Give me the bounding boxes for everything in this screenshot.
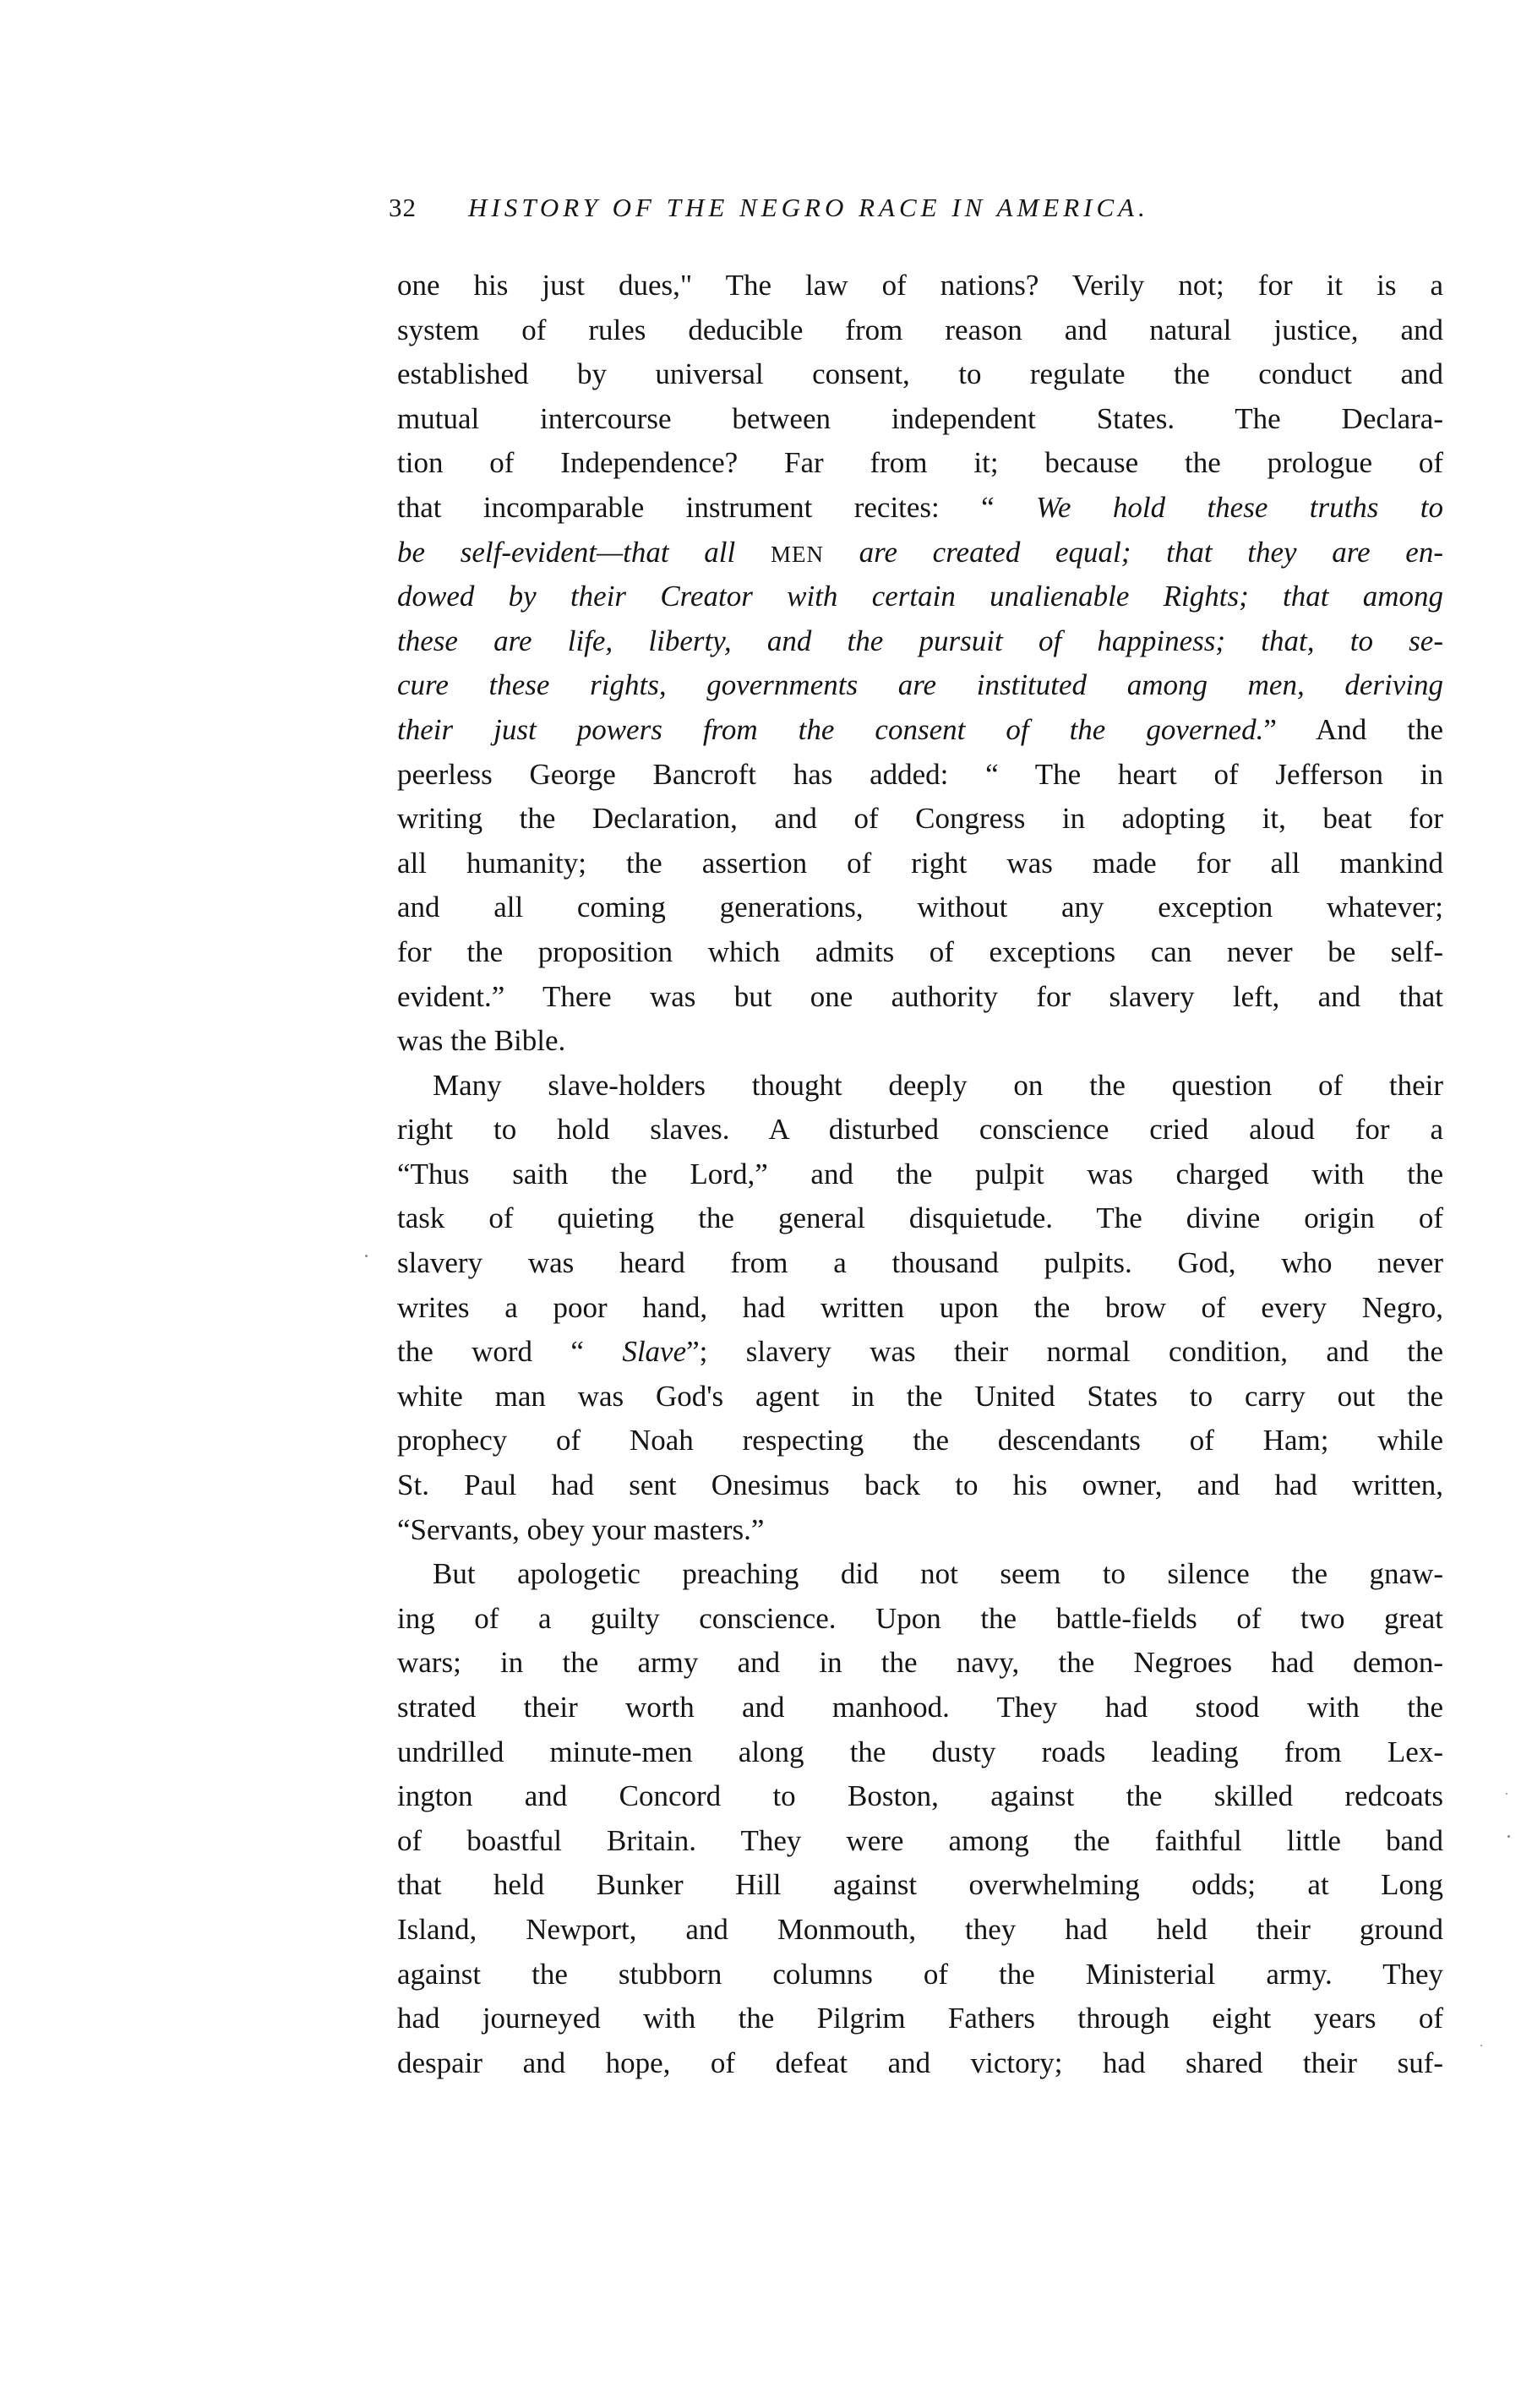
text-segment: “Thus saith the Lord,” and the pulpit wa… (397, 1158, 1443, 1190)
text-segment: But apologetic preaching did not seem to… (433, 1557, 1443, 1590)
book-page: 32 HISTORY OF THE NEGRO RACE IN AMERICA.… (397, 186, 1443, 2085)
text-segment: Island, Newport, and Monmouth, they had … (397, 1913, 1443, 1946)
scan-speck (1507, 1835, 1510, 1838)
text-line: undrilled minute-men along the dusty roa… (397, 1730, 1443, 1775)
text-line: strated their worth and manhood. They ha… (397, 1686, 1443, 1730)
text-line: against the stubborn columns of the Mini… (397, 1953, 1443, 1997)
text-segment: wars; in the army and in the navy, the N… (397, 1646, 1443, 1679)
text-segment: was the Bible. (397, 1024, 565, 1057)
text-segment: ington and Concord to Boston, against th… (397, 1779, 1443, 1812)
text-segment: one his just dues," The law of nations? … (397, 269, 1443, 302)
text-segment: St. Paul had sent Onesimus back to his o… (397, 1468, 1443, 1501)
italic-text: these are life, liberty, and the pursuit… (397, 624, 1443, 657)
text-line: the word “ Slave”; slavery was their nor… (397, 1330, 1443, 1375)
text-line: had journeyed with the Pilgrim Fathers t… (397, 1997, 1443, 2041)
italic-text: be self-evident—that all (397, 536, 771, 569)
text-segment: right to hold slaves. A disturbed consci… (397, 1113, 1443, 1146)
text-line: that held Bunker Hill against overwhelmi… (397, 1863, 1443, 1908)
running-head: 32 HISTORY OF THE NEGRO RACE IN AMERICA. (397, 186, 1443, 230)
text-segment: that held Bunker Hill against overwhelmi… (397, 1868, 1443, 1901)
text-line: evident.” There was but one authority fo… (397, 975, 1443, 1020)
text-line: of boastful Britain. They were among the… (397, 1819, 1443, 1864)
text-line: and all coming generations, without any … (397, 885, 1443, 930)
text-line: ing of a guilty conscience. Upon the bat… (397, 1597, 1443, 1642)
text-segment: undrilled minute-men along the dusty roa… (397, 1735, 1443, 1768)
italic-text: cure these rights, governments are insti… (397, 668, 1443, 701)
text-line: writing the Declaration, and of Congress… (397, 797, 1443, 842)
text-segment: “Servants, obey your masters.” (397, 1513, 764, 1546)
text-segment: that incomparable instrument recites: “ (397, 491, 1036, 524)
text-line: prophecy of Noah respecting the descenda… (397, 1419, 1443, 1463)
text-segment: system of rules deducible from reason an… (397, 313, 1443, 346)
text-line: Island, Newport, and Monmouth, they had … (397, 1908, 1443, 1953)
page-number: 32 (389, 186, 417, 230)
text-segment: despair and hope, of defeat and victory;… (397, 2046, 1443, 2079)
text-line: be self-evident—that all MEN are created… (397, 531, 1443, 575)
text-line: writes a poor hand, had written upon the… (397, 1286, 1443, 1331)
text-line: dowed by their Creator with certain unal… (397, 575, 1443, 619)
text-line: that incomparable instrument recites: “ … (397, 486, 1443, 531)
scan-speck (1506, 1793, 1507, 1795)
italic-text: dowed by their Creator with certain unal… (397, 580, 1443, 613)
text-line: “Thus saith the Lord,” and the pulpit wa… (397, 1152, 1443, 1197)
text-line: system of rules deducible from reason an… (397, 308, 1443, 353)
text-segment: ”; slavery was their normal condition, a… (686, 1335, 1443, 1368)
small-caps-text: MEN (771, 542, 824, 567)
text-segment: prophecy of Noah respecting the descenda… (397, 1424, 1443, 1457)
text-segment: had journeyed with the Pilgrim Fathers t… (397, 2002, 1443, 2035)
text-line: “Servants, obey your masters.” (397, 1508, 1443, 1553)
text-line: wars; in the army and in the navy, the N… (397, 1641, 1443, 1686)
text-line: tion of Independence? Far from it; becau… (397, 441, 1443, 486)
italic-text: Slave (622, 1335, 686, 1368)
text-segment: Many slave-holders thought deeply on the… (433, 1069, 1443, 1102)
text-segment: strated their worth and manhood. They ha… (397, 1691, 1443, 1724)
text-line: white man was God's agent in the United … (397, 1375, 1443, 1419)
text-line: mutual intercourse between independent S… (397, 397, 1443, 442)
text-line: was the Bible. (397, 1019, 1443, 1064)
text-line: ington and Concord to Boston, against th… (397, 1774, 1443, 1819)
text-line: right to hold slaves. A disturbed consci… (397, 1108, 1443, 1152)
text-line: peerless George Bancroft has added: “ Th… (397, 753, 1443, 798)
body-text: one his just dues," The law of nations? … (397, 264, 1443, 2085)
text-segment: all humanity; the assertion of right was… (397, 847, 1443, 880)
text-line: their just powers from the consent of th… (397, 708, 1443, 753)
italic-text: We hold these truths to (1036, 491, 1443, 524)
scan-speck (1480, 2045, 1482, 2046)
text-line: Many slave-holders thought deeply on the… (397, 1064, 1443, 1109)
text-segment: task of quieting the general disquietude… (397, 1201, 1443, 1234)
text-segment: slavery was heard from a thousand pulpit… (397, 1246, 1443, 1279)
text-segment: mutual intercourse between independent S… (397, 402, 1443, 435)
running-title: HISTORY OF THE NEGRO RACE IN AMERICA. (468, 186, 1149, 230)
text-segment: white man was God's agent in the United … (397, 1380, 1443, 1413)
text-segment: the word “ (397, 1335, 622, 1368)
text-segment: peerless George Bancroft has added: “ Th… (397, 758, 1443, 791)
text-line: all humanity; the assertion of right was… (397, 842, 1443, 886)
text-segment: evident.” There was but one authority fo… (397, 980, 1443, 1013)
italic-text: their just powers from the consent of th… (397, 713, 1263, 746)
text-segment: of boastful Britain. They were among the… (397, 1824, 1443, 1857)
text-segment: ing of a guilty conscience. Upon the bat… (397, 1602, 1443, 1635)
text-line: established by universal consent, to reg… (397, 352, 1443, 397)
italic-text: are created equal; that they are en- (824, 536, 1443, 569)
text-line: despair and hope, of defeat and victory;… (397, 2041, 1443, 2086)
text-segment: ” And the (1263, 713, 1443, 746)
text-line: task of quieting the general disquietude… (397, 1196, 1443, 1241)
scan-speck (365, 1255, 368, 1257)
text-line: slavery was heard from a thousand pulpit… (397, 1241, 1443, 1286)
text-line: But apologetic preaching did not seem to… (397, 1552, 1443, 1597)
text-segment: against the stubborn columns of the Mini… (397, 1958, 1443, 1991)
text-segment: writes a poor hand, had written upon the… (397, 1291, 1443, 1324)
text-segment: and all coming generations, without any … (397, 891, 1443, 923)
text-line: St. Paul had sent Onesimus back to his o… (397, 1463, 1443, 1508)
text-line: one his just dues," The law of nations? … (397, 264, 1443, 308)
text-line: for the proposition which admits of exce… (397, 930, 1443, 975)
text-segment: writing the Declaration, and of Congress… (397, 802, 1443, 835)
text-line: cure these rights, governments are insti… (397, 663, 1443, 708)
text-segment: tion of Independence? Far from it; becau… (397, 446, 1443, 479)
text-segment: established by universal consent, to reg… (397, 357, 1443, 390)
text-line: these are life, liberty, and the pursuit… (397, 619, 1443, 664)
text-segment: for the proposition which admits of exce… (397, 935, 1443, 968)
